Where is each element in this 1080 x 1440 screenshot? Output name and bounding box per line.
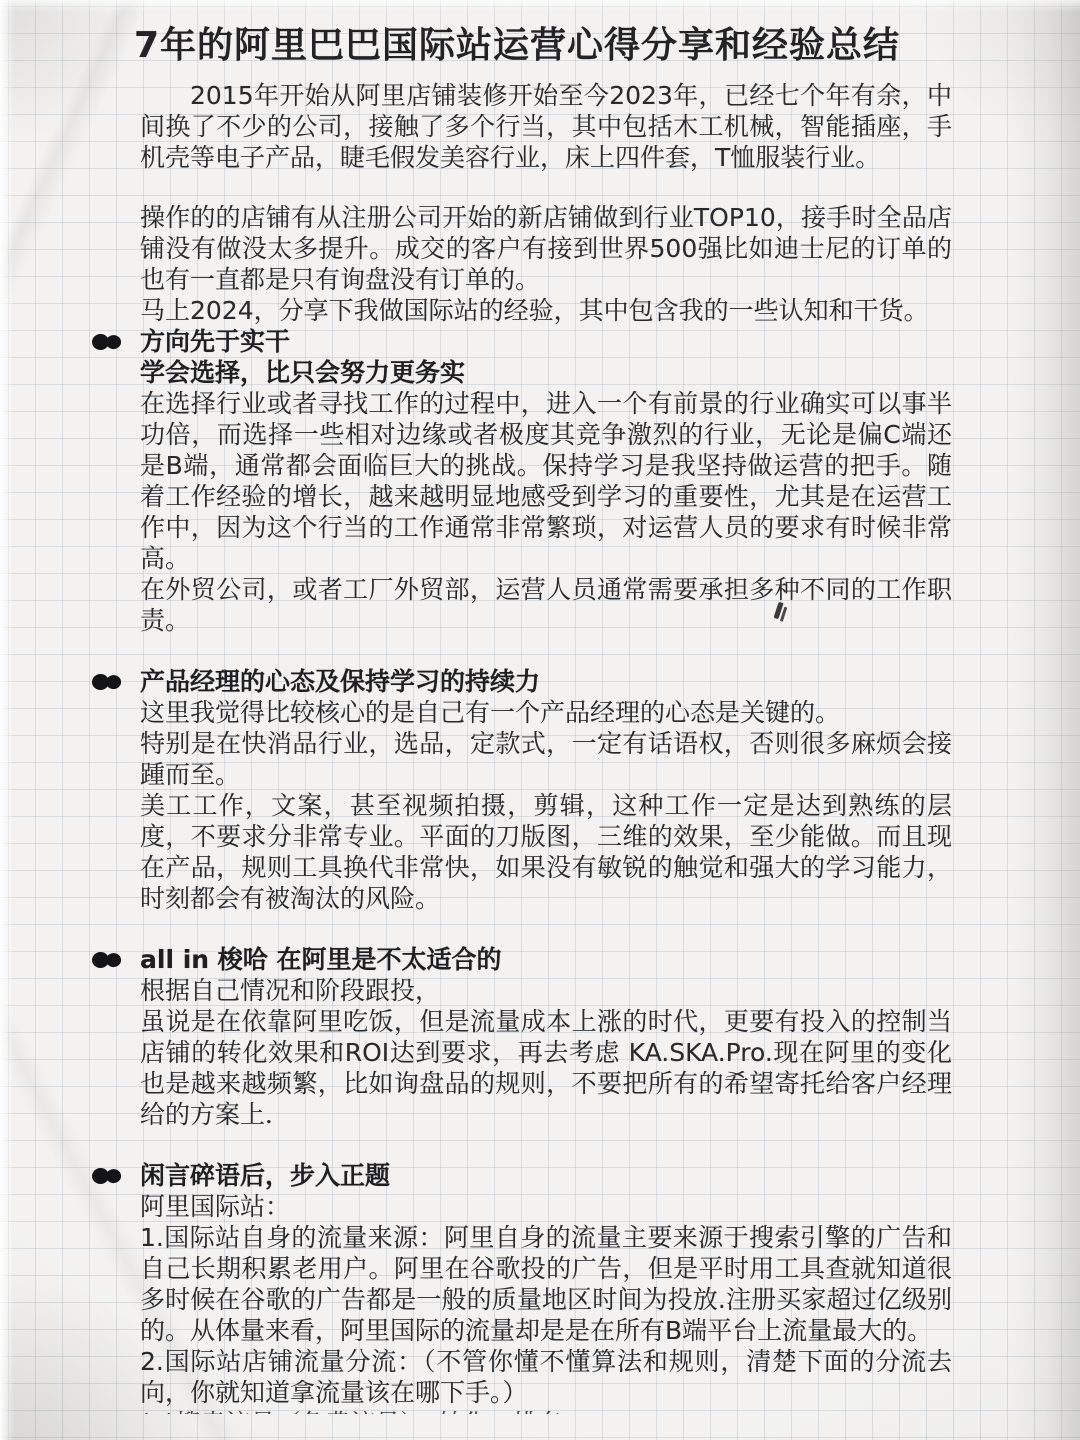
section-heading: 方向先于实干	[140, 326, 952, 357]
section-paragraph: 阿里国际站：	[140, 1191, 952, 1222]
section-paragraph: 在选择行业或者寻找工作的过程中，进入一个有前景的行业确实可以事半功倍，而选择一些…	[140, 388, 952, 574]
section-product-manager-mindset: 产品经理的心态及保持学习的持续力 这里我觉得比较核心的是自己有一个产品经理的心态…	[140, 666, 952, 914]
section-main-topic: 闲言碎语后，步入正题 阿里国际站： 1.国际站自身的流量来源：阿里自身的流量主要…	[140, 1160, 952, 1414]
bullet-dot-icon	[91, 951, 109, 968]
section-paragraph: 虽说是在依靠阿里吃饭，但是流量成本上涨的时代，更要有投入的控制当店铺的转化效果和…	[140, 1006, 952, 1130]
bullet-dot-icon	[91, 333, 109, 350]
section-heading-label: all in 梭哈 在阿里是不太适合的	[140, 945, 502, 974]
section-paragraph: 1.国际站自身的流量来源：阿里自身的流量主要来源于搜索引擎的广告和自己长期积累老…	[140, 1222, 952, 1346]
section-heading: 闲言碎语后，步入正题	[140, 1160, 952, 1191]
section-direction-over-hard-work: 方向先于实干 学会选择，比只会努力更务实 在选择行业或者寻找工作的过程中，进入一…	[140, 326, 952, 636]
section-paragraph: 在外贸公司，或者工厂外贸部，运营人员通常需要承担多种不同的工作职责。	[140, 574, 952, 636]
section-all-in-not-suitable: all in 梭哈 在阿里是不太适合的 根据自己情况和阶段跟投， 虽说是在依靠阿…	[140, 944, 952, 1130]
section-paragraph: 这里我觉得比较核心的是自己有一个产品经理的心态是关键的。	[140, 697, 952, 728]
section-heading: 产品经理的心态及保持学习的持续力	[140, 666, 952, 697]
page-title: 7年的阿里巴巴国际站运营心得分享和经验总结	[134, 22, 952, 70]
section-heading: all in 梭哈 在阿里是不太适合的	[140, 944, 952, 975]
bullet-dot-icon	[91, 673, 109, 690]
bullet-dot-icon	[91, 1167, 109, 1184]
intro-paragraph-2: 操作的的店铺有从注册公司开始的新店铺做到行业TOP10，接手时全品店铺没有做没太…	[140, 202, 952, 295]
partial-bottom-line: (1)搜索流量（免费流量），转化，排名……	[140, 1408, 952, 1414]
intro-paragraph-1: 2015年开始从阿里店铺装修开始至今2023年，已经七个年有余，中间换了不少的公…	[140, 80, 952, 173]
section-paragraph: 2.国际站店铺流量分流：（不管你懂不懂算法和规则，清楚下面的分流去向，你就知道拿…	[140, 1346, 952, 1408]
section-heading-label: 闲言碎语后，步入正题	[140, 1161, 390, 1190]
section-paragraph: 根据自己情况和阶段跟投，	[140, 975, 952, 1006]
intro-paragraph-3: 马上2024，分享下我做国际站的经验，其中包含我的一些认知和干货。	[140, 295, 952, 326]
section-subheading: 学会选择，比只会努力更务实	[140, 357, 952, 388]
section-heading-label: 方向先于实干	[140, 327, 290, 356]
note-content: 7年的阿里巴巴国际站运营心得分享和经验总结 2015年开始从阿里店铺装修开始至今…	[140, 22, 952, 1414]
section-paragraph: 特别是在快消品行业，选品，定款式，一定有话语权，否则很多麻烦会接踵而至。	[140, 728, 952, 790]
section-heading-label: 产品经理的心态及保持学习的持续力	[140, 667, 540, 696]
section-paragraph: 美工工作，文案，甚至视频拍摄，剪辑，这种工作一定是达到熟练的层度，不要求分非常专…	[140, 790, 952, 914]
notebook-page: 7年的阿里巴巴国际站运营心得分享和经验总结 2015年开始从阿里店铺装修开始至今…	[0, 0, 1080, 1440]
